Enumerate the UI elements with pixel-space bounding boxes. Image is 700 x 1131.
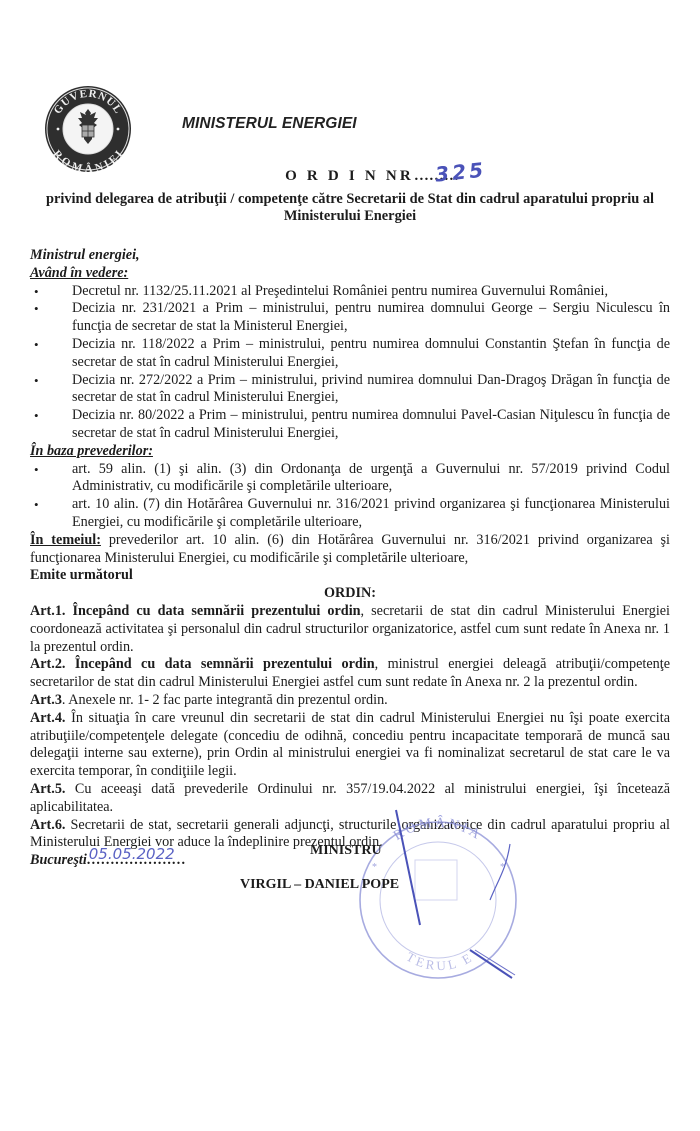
article-2: Art.2. Începând cu data semnării prezent… xyxy=(30,656,670,692)
article-lead: Începând cu data semnării prezentului or… xyxy=(65,603,360,619)
svg-text:TERUL E: TERUL E xyxy=(404,949,476,973)
having-regard-list: Decretul nr. 1132/25.11.2021 al Preşedin… xyxy=(30,283,670,443)
article-4: Art.4. În situaţia în care vreunul din s… xyxy=(30,710,670,781)
list-item: Decizia nr. 231/2021 a Prim – ministrulu… xyxy=(30,300,670,336)
article-label: Art.2. xyxy=(30,656,65,672)
list-item: Decizia nr. 80/2022 a Prim – ministrului… xyxy=(30,407,670,443)
issues-line: Emite următorul xyxy=(30,567,670,585)
article-3: Art.3. Anexele nr. 1- 2 fac parte integr… xyxy=(30,692,670,710)
article-5: Art.5. Cu aceeaşi dată prevederile Ordin… xyxy=(30,781,670,817)
grounds-label: În temeiul: xyxy=(30,532,101,548)
signatory-name: VIRGIL – DANIEL POPE xyxy=(240,877,399,893)
subtitle-line-1: privind delegarea de atribuţii / compete… xyxy=(30,191,670,208)
article-label: Art.3 xyxy=(30,692,62,708)
signatory-role: MINISTRU xyxy=(310,843,382,859)
ministry-name: MINISTERUL ENERGIEI xyxy=(182,115,357,133)
article-text: Cu aceeaşi dată prevederile Ordinului nr… xyxy=(30,781,670,815)
order-label: O R D I N NR xyxy=(285,168,414,184)
article-label: Art.5. xyxy=(30,781,65,797)
grounds-paragraph: În temeiul: prevederilor art. 10 alin. (… xyxy=(30,532,670,568)
list-item: art. 10 alin. (7) din Hotărârea Guvernul… xyxy=(30,496,670,532)
list-item: Decretul nr. 1132/25.11.2021 al Preşedin… xyxy=(30,283,670,301)
handwritten-date: 05.05.2022 xyxy=(89,846,175,864)
list-item: Decizia nr. 272/2022 a Prim – ministrulu… xyxy=(30,372,670,408)
document-body: Ministrul energiei, Având în vedere: Dec… xyxy=(30,247,670,870)
issuer: Ministrul energiei, xyxy=(30,247,670,265)
document-title: O R D I N NR……… 325 privind delegarea de… xyxy=(30,168,670,225)
order-number-line: O R D I N NR……… 325 xyxy=(52,168,692,185)
based-on-list: art. 59 alin. (1) şi alin. (3) din Ordon… xyxy=(30,461,670,532)
subtitle-line-2: Ministerului Energiei xyxy=(30,208,670,225)
list-item: art. 59 alin. (1) şi alin. (3) din Ordon… xyxy=(30,461,670,497)
having-regard-heading: Având în vedere: xyxy=(30,265,670,283)
letterhead: GUVERNUL ROMÂNIEI MINISTERUL ENERGIEI xyxy=(44,85,644,175)
grounds-text: prevederilor art. 10 alin. (6) din Hotăr… xyxy=(30,532,670,566)
article-label: Art.6. xyxy=(30,817,65,833)
article-lead: Începând cu data semnării prezentului or… xyxy=(65,656,374,672)
based-on-heading: În baza prevederilor: xyxy=(30,443,670,461)
article-label: Art.1. xyxy=(30,603,65,619)
article-text: . Anexele nr. 1- 2 fac parte integrantă … xyxy=(62,692,388,708)
article-1: Art.1. Începând cu data semnării prezent… xyxy=(30,603,670,656)
government-seal-icon: GUVERNUL ROMÂNIEI xyxy=(44,85,132,173)
article-label: Art.4. xyxy=(30,710,65,726)
order-heading: ORDIN: xyxy=(30,585,670,603)
handwritten-order-number: 325 xyxy=(434,157,488,186)
place-label: Bucureşti xyxy=(30,852,87,868)
document-subtitle: privind delegarea de atribuţii / compete… xyxy=(30,191,670,225)
list-item: Decizia nr. 118/2022 a Prim – ministrulu… xyxy=(30,336,670,372)
article-text: În situaţia în care vreunul din secretar… xyxy=(30,710,670,779)
